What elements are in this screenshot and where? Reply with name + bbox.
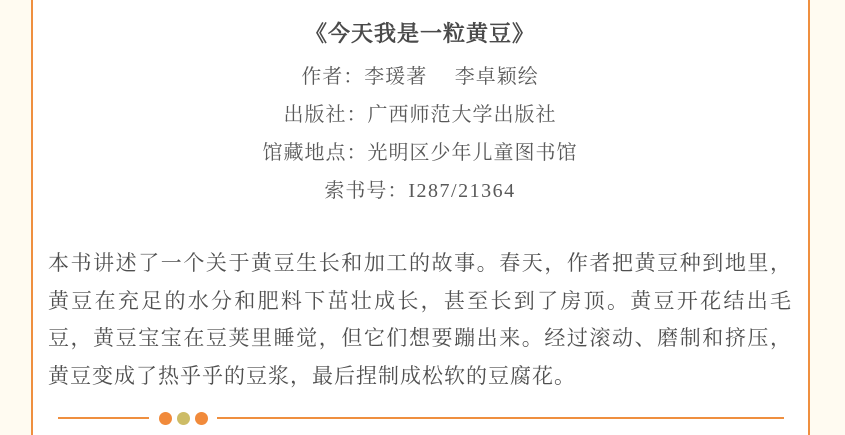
author-line: 作者：李瑗著 李卓颖绘 — [48, 58, 792, 96]
publisher-line: 出版社：广西师范大学出版社 — [48, 96, 792, 134]
book-info-block: 《今天我是一粒黄豆》 作者：李瑗著 李卓颖绘 出版社：广西师范大学出版社 馆藏地… — [48, 20, 792, 210]
call-number-value: I287/21364 — [408, 180, 515, 202]
location-line: 馆藏地点：光明区少年儿童图书馆 — [48, 134, 792, 172]
section-divider — [58, 411, 784, 425]
divider-dot-2 — [177, 412, 190, 425]
call-number-label: 索书号： — [324, 180, 408, 202]
divider-line-right — [217, 417, 784, 419]
call-number-line: 索书号：I287/21364 — [48, 172, 792, 210]
divider-dot-3 — [195, 412, 208, 425]
left-margin-strip — [0, 0, 33, 435]
right-margin-strip — [808, 0, 845, 435]
article-page: 《今天我是一粒黄豆》 作者：李瑗著 李卓颖绘 出版社：广西师范大学出版社 馆藏地… — [0, 0, 845, 435]
book-title: 《今天我是一粒黄豆》 — [48, 20, 792, 48]
article-content: 《今天我是一粒黄豆》 作者：李瑗著 李卓颖绘 出版社：广西师范大学出版社 馆藏地… — [33, 0, 808, 435]
divider-line-left — [58, 417, 149, 419]
divider-dot-1 — [159, 412, 172, 425]
book-summary: 本书讲述了一个关于黄豆生长和加工的故事。春天，作者把黄豆种到地里，黄豆在充足的水… — [48, 245, 792, 395]
